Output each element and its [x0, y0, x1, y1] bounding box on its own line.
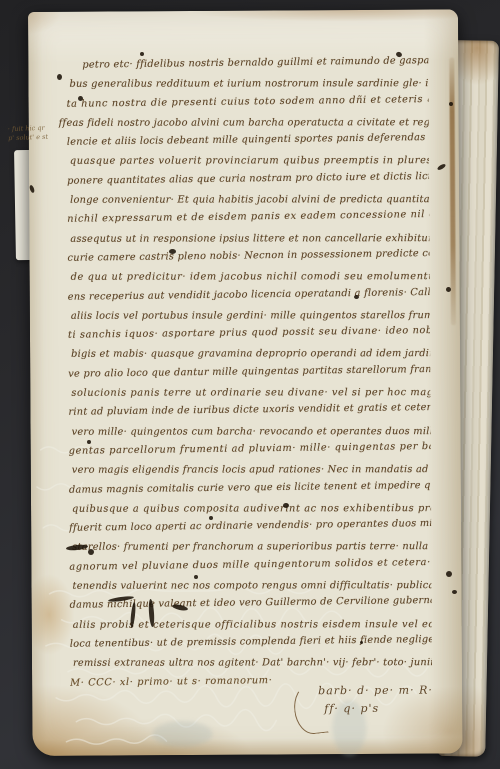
manuscript-text-line: ffuerit cum loco aperti ac ordinarie ven…	[69, 514, 431, 538]
marginal-annotation: · fuit hic qr p' solut' e st	[8, 123, 73, 142]
manuscript-photograph: petro etc· ffidelibus nostris bernaldo g…	[0, 0, 500, 769]
ink-blot	[194, 575, 198, 579]
ink-blot	[209, 516, 213, 520]
ink-blot	[88, 549, 94, 555]
manuscript-text-line: ve pro alio loco que dantur mille quinge…	[68, 360, 430, 384]
ink-blot	[140, 52, 144, 56]
ink-blot	[169, 249, 176, 254]
ink-blot	[446, 287, 451, 292]
signature-line: barb· d· pe· m· R·	[318, 681, 468, 700]
ink-blot	[354, 295, 359, 299]
manuscript-text-line: damus magnis comitalis curie vero que ei…	[69, 476, 431, 500]
manuscript-text-line: ta hunc nostra die presenti cuius toto s…	[66, 90, 428, 114]
manuscript-text-line: petro etc· ffidelibus nostris bernaldo g…	[82, 51, 428, 75]
manuscript-text-line: curie camere castris pleno nobis· Necnon…	[67, 244, 429, 268]
gray-smudge	[152, 721, 212, 747]
ink-blot	[449, 102, 453, 106]
ink-blot	[87, 440, 91, 444]
manuscript-text-line: ponere quantitates alias que curia nostr…	[67, 167, 429, 191]
chancery-signature-block: barb· d· pe· m· R· ff· q· p's	[300, 681, 450, 736]
manuscript-text-line: rint ad pluviam inde de iuribus dicte ux…	[68, 398, 430, 422]
ink-blot	[283, 503, 289, 508]
ink-blot	[452, 590, 457, 594]
ink-blot	[446, 571, 452, 577]
manuscript-text-line: gentas parcellorum frumenti ad pluviam· …	[69, 437, 431, 461]
manuscript-text-line: loca tenentibus· ut de premissis complen…	[70, 630, 432, 654]
manuscript-text-line: lencie et aliis locis debeant mille quin…	[67, 128, 429, 152]
manuscript-text-line: nichil expressarum et de eisdem panis ex…	[67, 205, 429, 229]
ink-blot	[360, 641, 363, 644]
ink-blot	[57, 74, 62, 80]
ink-blot	[78, 96, 83, 101]
manuscript-page: petro etc· ffidelibus nostris bernaldo g…	[28, 9, 463, 756]
binding-stain	[449, 57, 456, 325]
signature-line: ff· q· p's	[324, 699, 474, 718]
manuscript-text-line: ens receperius aut vendidit jacobo licen…	[68, 283, 430, 307]
manuscript-text-line: agnorum vel pluviane duos mille quingent…	[69, 553, 431, 577]
manuscript-text-line: ti sanchis iquos· asportare prius quod p…	[68, 321, 430, 345]
manuscript-text-line: damus nichilque valeant et ideo vero Gui…	[70, 591, 432, 615]
